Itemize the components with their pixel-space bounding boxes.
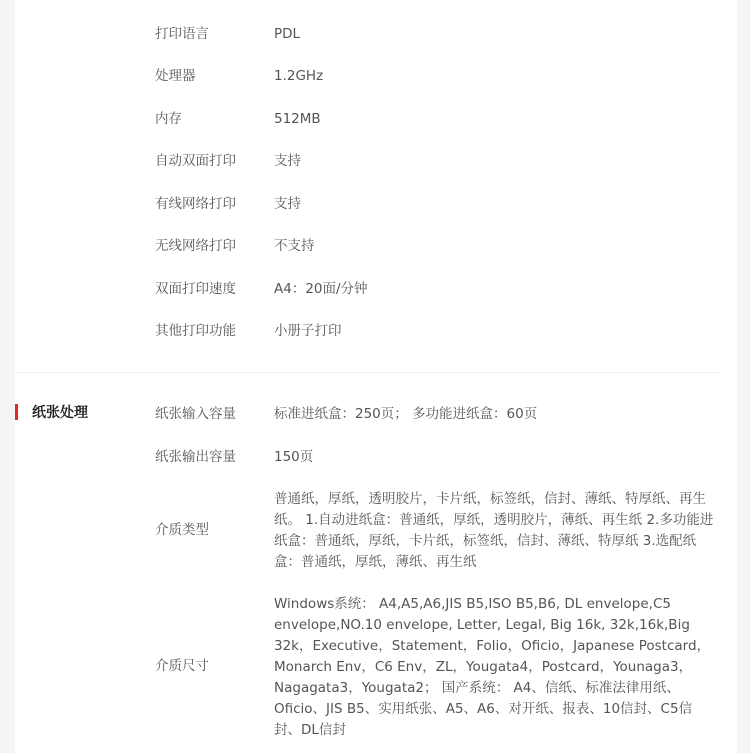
spec-label: 内存 bbox=[155, 109, 275, 130]
spec-value: 512MB bbox=[274, 109, 614, 130]
spec-label: 自动双面打印 bbox=[155, 151, 275, 172]
spec-label: 介质类型 bbox=[155, 520, 275, 541]
spec-value: 普通纸，厚纸，透明胶片，卡片纸，标签纸，信封、薄纸、特厚纸、再生纸。 1.自动进… bbox=[274, 489, 714, 573]
section-title: 纸张处理 bbox=[32, 402, 88, 422]
spec-value: 标准进纸盒：250页； 多功能进纸盒：60页 bbox=[274, 404, 674, 425]
spec-label: 纸张输出容量 bbox=[155, 447, 275, 468]
spec-value: Windows系统： A4,A5,A6,JIS B5,ISO B5,B6, DL… bbox=[274, 594, 714, 741]
spec-label: 纸张输入容量 bbox=[155, 404, 275, 425]
spec-label: 其他打印功能 bbox=[155, 321, 275, 342]
spec-value: 小册子打印 bbox=[274, 321, 614, 342]
spec-label: 无线网络打印 bbox=[155, 236, 275, 257]
section-header-paper-handling: 纸张处理 bbox=[15, 401, 88, 423]
spec-label: 有线网络打印 bbox=[155, 194, 275, 215]
spec-value: 支持 bbox=[274, 151, 614, 172]
spec-label: 介质尺寸 bbox=[155, 656, 275, 677]
section-divider bbox=[15, 372, 720, 373]
spec-label: 双面打印速度 bbox=[155, 279, 275, 300]
section-accent-bar bbox=[15, 404, 18, 420]
spec-page: 打印语言PDL 处理器1.2GHz 内存512MB 自动双面打印支持 有线网络打… bbox=[15, 0, 737, 753]
spec-value: 不支持 bbox=[274, 236, 614, 257]
spec-value: 150页 bbox=[274, 447, 614, 468]
spec-value: PDL bbox=[274, 24, 614, 45]
spec-label: 处理器 bbox=[155, 66, 275, 87]
spec-label: 打印语言 bbox=[155, 24, 275, 45]
spec-value: 支持 bbox=[274, 194, 614, 215]
spec-value: A4：20面/分钟 bbox=[274, 279, 614, 300]
spec-value: 1.2GHz bbox=[274, 66, 614, 87]
